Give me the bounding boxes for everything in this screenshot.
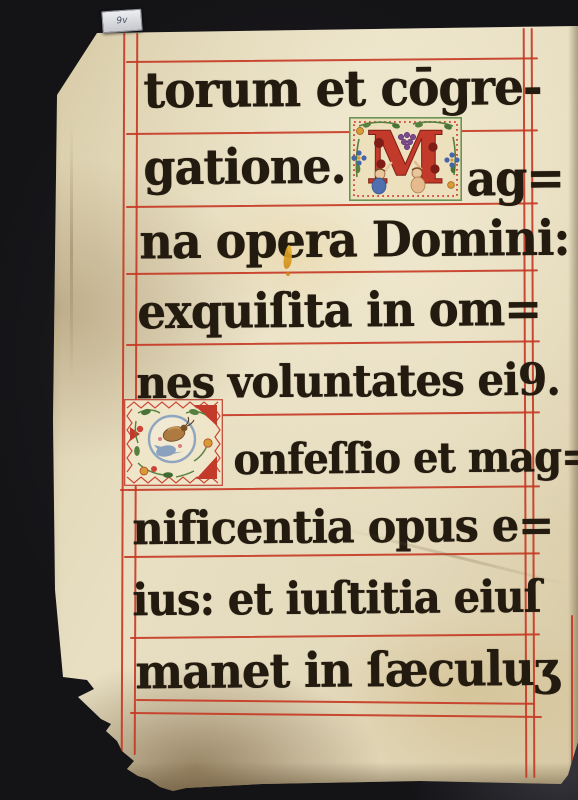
ruling-line-horizontal-4 — [126, 269, 538, 275]
ruling-line-horizontal-11 — [130, 712, 542, 718]
text-line-2-right: ag= — [466, 151, 564, 206]
ruling-line-horizontal-7 — [120, 485, 540, 491]
text-line-3: na opera Domini: — [139, 211, 570, 269]
text-line-2-left-text: gatione. — [143, 137, 346, 196]
ruling-line-horizontal-2 — [126, 129, 538, 135]
text-line-6: onfeſſio et mag= — [233, 434, 578, 485]
folio-label-text: 9v — [116, 16, 128, 27]
text-line-8-text: ius: et iuſtitia eiuſ — [132, 570, 541, 626]
ruling-line-vertical-page-edge — [571, 615, 573, 783]
text-line-8: ius: et iuſtitia eiuſ — [132, 571, 541, 624]
illuminated-initial-c — [124, 399, 223, 486]
text-line-4: exquiſita in om= — [137, 282, 541, 339]
text-line-2-right-text: ag= — [466, 149, 564, 207]
ruling-line-horizontal-9 — [130, 633, 540, 639]
text-line-2-left: gatione. — [143, 139, 346, 195]
illuminated-initial-m: M — [349, 117, 462, 201]
text-line-4-text: exquiſita in om= — [137, 280, 541, 340]
text-line-7: nificentia opus e= — [132, 500, 553, 555]
orange-drip-dot — [286, 272, 290, 276]
parchment-crease — [70, 120, 73, 380]
ruling-line-vertical-left-outer — [121, 33, 126, 755]
text-line-1: torum et cōgre- — [143, 61, 542, 120]
text-line-1-text: torum et cōgre- — [143, 58, 542, 120]
text-line-9: manet in ſæculuʒ — [135, 642, 558, 699]
folio-label-sticker: 9v — [101, 9, 142, 34]
ruling-line-horizontal-10 — [136, 699, 534, 705]
text-line-9-text: manet in ſæculuʒ — [135, 640, 558, 700]
manuscript-page: torum et cōgre- gatione. ag= na opera Do… — [0, 0, 578, 800]
text-line-3-text: na opera Domini: — [139, 209, 570, 270]
text-line-7-text: nificentia opus e= — [132, 499, 553, 556]
ruling-line-horizontal-5 — [126, 340, 540, 346]
photo-stage: torum et cōgre- gatione. ag= na opera Do… — [0, 0, 578, 800]
text-line-6-text: onfeſſio et mag= — [233, 432, 578, 485]
